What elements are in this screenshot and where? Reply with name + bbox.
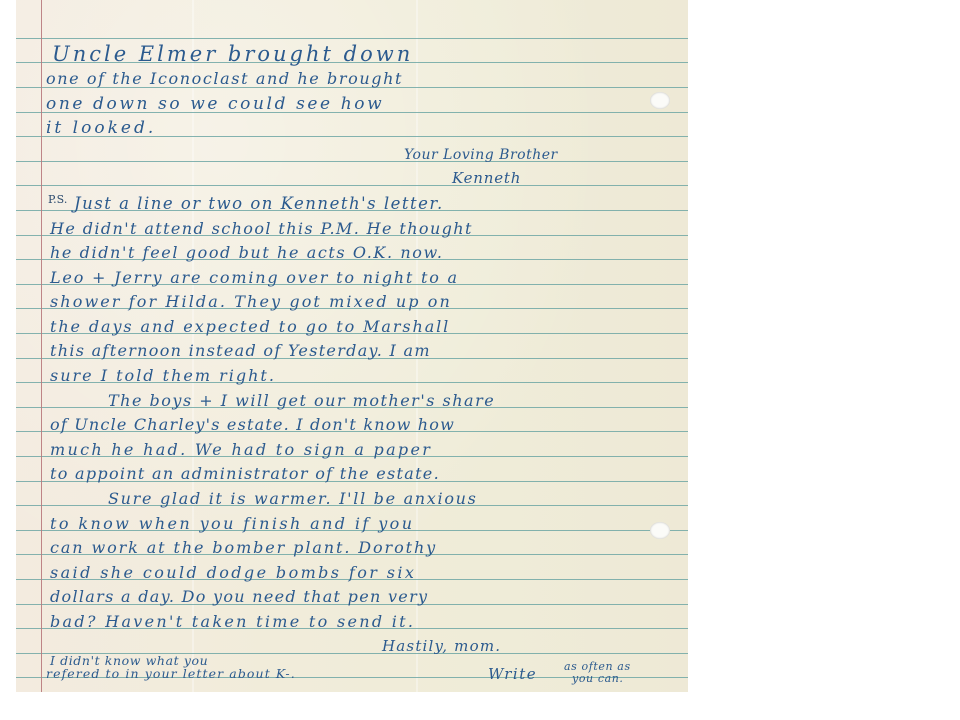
letter-line: to know when you finish and if you (50, 514, 414, 534)
letter-line: He didn't attend school this P.M. He tho… (50, 219, 473, 239)
ps-label: P.S. (48, 190, 67, 210)
footnote-line: refered to in your letter about K-. (46, 667, 296, 681)
ruled-line (16, 161, 688, 162)
punch-hole (650, 522, 670, 539)
letter-line: one of the Iconoclast and he brought (46, 69, 403, 89)
letter-line: Sure glad it is warmer. I'll be anxious (108, 489, 478, 509)
ruled-line (16, 185, 688, 186)
letter-line: one down so we could see how (46, 94, 384, 114)
letter-page: Uncle Elmer brought down one of the Icon… (16, 0, 688, 692)
letter-line: said she could dodge bombs for six (50, 563, 416, 583)
letter-line: shower for Hilda. They got mixed up on (50, 292, 452, 312)
letter-line: much he had. We had to sign a paper (50, 440, 432, 460)
letter-line: Leo + Jerry are coming over to night to … (50, 268, 459, 288)
punch-hole (650, 92, 670, 109)
ruled-line (16, 38, 688, 39)
margin-line (41, 0, 42, 692)
letter-line: to appoint an administrator of the estat… (50, 464, 440, 484)
letter-line: bad? Haven't taken time to send it. (50, 612, 415, 632)
letter-line: it looked. (46, 118, 156, 138)
letter-line: the days and expected to go to Marshall (50, 317, 450, 337)
letter-line: he didn't feel good but he acts O.K. now… (50, 243, 444, 263)
letter-line: Just a line or two on Kenneth's letter. (74, 194, 444, 214)
letter-line: can work at the bomber plant. Dorothy (50, 538, 437, 558)
letter-closing: Your Loving Brother (404, 145, 558, 165)
footnote-write-bottom: you can. (572, 672, 624, 686)
letter-line: Uncle Elmer brought down (52, 44, 413, 64)
letter-line: this afternoon instead of Yesterday. I a… (50, 341, 431, 361)
letter-line: sure I told them right. (50, 366, 276, 386)
letter-line: The boys + I will get our mother's share (108, 391, 495, 411)
footnote-write: Write (488, 664, 537, 684)
letter-line: of Uncle Charley's estate. I don't know … (50, 415, 455, 435)
letter-signature: Kenneth (452, 168, 521, 188)
letter-closing: Hastily, mom. (382, 636, 501, 656)
letter-line: dollars a day. Do you need that pen very (50, 587, 428, 607)
